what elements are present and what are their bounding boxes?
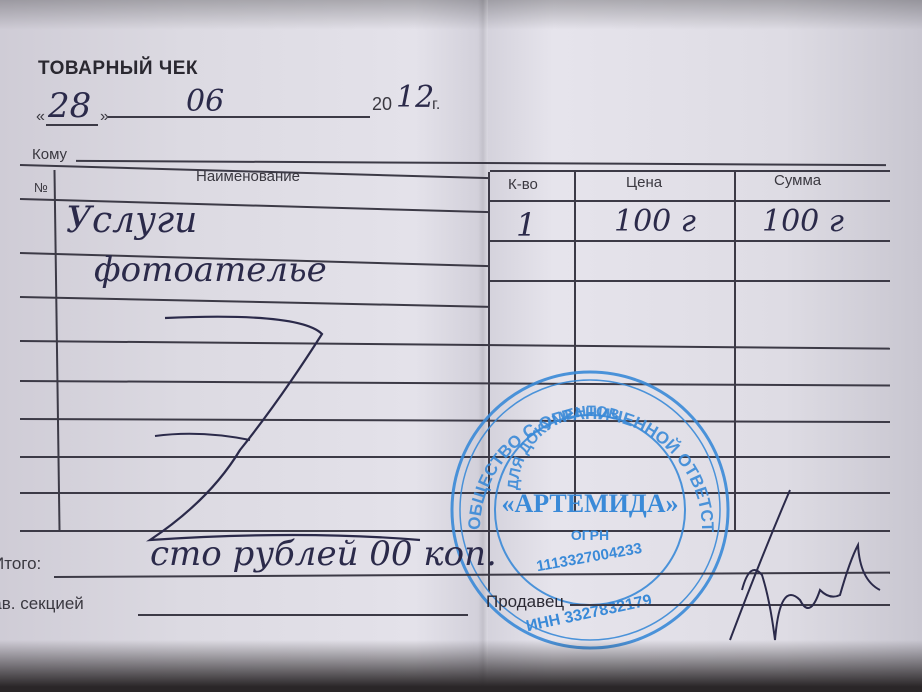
signature [0,0,922,692]
shadow [0,640,922,692]
